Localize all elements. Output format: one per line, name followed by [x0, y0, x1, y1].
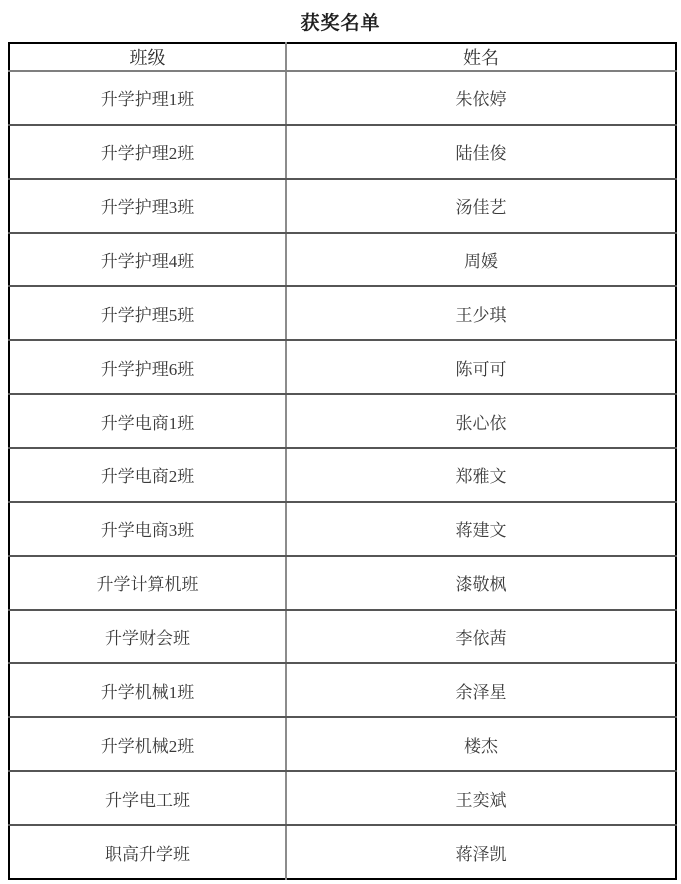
class-cell: 升学护理4班: [9, 233, 286, 287]
table-row: 职高升学班蒋泽凯: [9, 825, 676, 879]
table-row: 升学护理5班王少琪: [9, 286, 676, 340]
name-cell: 余泽星: [286, 663, 676, 717]
class-cell: 升学护理1班: [9, 71, 286, 125]
class-cell: 升学电商1班: [9, 394, 286, 448]
name-cell: 周媛: [286, 233, 676, 287]
table-row: 升学电商2班郑雅文: [9, 448, 676, 502]
name-cell: 蒋泽凯: [286, 825, 676, 879]
class-cell: 升学电工班: [9, 771, 286, 825]
table-row: 升学电商3班蒋建文: [9, 502, 676, 556]
class-cell: 升学护理3班: [9, 179, 286, 233]
column-header-class: 班级: [9, 43, 286, 71]
name-cell: 漆敬枫: [286, 556, 676, 610]
name-cell: 楼杰: [286, 717, 676, 771]
table-row: 升学护理6班陈可可: [9, 340, 676, 394]
name-cell: 蒋建文: [286, 502, 676, 556]
name-cell: 汤佳艺: [286, 179, 676, 233]
name-cell: 张心依: [286, 394, 676, 448]
table-row: 升学护理4班周媛: [9, 233, 676, 287]
class-cell: 升学护理5班: [9, 286, 286, 340]
name-cell: 陆佳俊: [286, 125, 676, 179]
table-row: 升学机械1班余泽星: [9, 663, 676, 717]
class-cell: 升学计算机班: [9, 556, 286, 610]
class-cell: 升学护理2班: [9, 125, 286, 179]
table-row: 升学护理2班陆佳俊: [9, 125, 676, 179]
name-cell: 李依茜: [286, 610, 676, 664]
class-cell: 升学护理6班: [9, 340, 286, 394]
class-cell: 升学机械1班: [9, 663, 286, 717]
table-row: 升学护理3班汤佳艺: [9, 179, 676, 233]
name-cell: 郑雅文: [286, 448, 676, 502]
table-row: 升学电商1班张心依: [9, 394, 676, 448]
class-cell: 职高升学班: [9, 825, 286, 879]
table-row: 升学护理1班朱依婷: [9, 71, 676, 125]
header-row: 班级 姓名: [9, 43, 676, 71]
name-cell: 朱依婷: [286, 71, 676, 125]
column-header-name: 姓名: [286, 43, 676, 71]
class-cell: 升学电商3班: [9, 502, 286, 556]
class-cell: 升学电商2班: [9, 448, 286, 502]
name-cell: 王奕斌: [286, 771, 676, 825]
award-table: 班级 姓名 升学护理1班朱依婷升学护理2班陆佳俊升学护理3班汤佳艺升学护理4班周…: [8, 42, 677, 880]
table-row: 升学财会班李依茜: [9, 610, 676, 664]
table-row: 升学电工班王奕斌: [9, 771, 676, 825]
class-cell: 升学财会班: [9, 610, 286, 664]
page-title: 获奖名单: [0, 0, 681, 34]
class-cell: 升学机械2班: [9, 717, 286, 771]
table-row: 升学计算机班漆敬枫: [9, 556, 676, 610]
table-row: 升学机械2班楼杰: [9, 717, 676, 771]
name-cell: 王少琪: [286, 286, 676, 340]
name-cell: 陈可可: [286, 340, 676, 394]
